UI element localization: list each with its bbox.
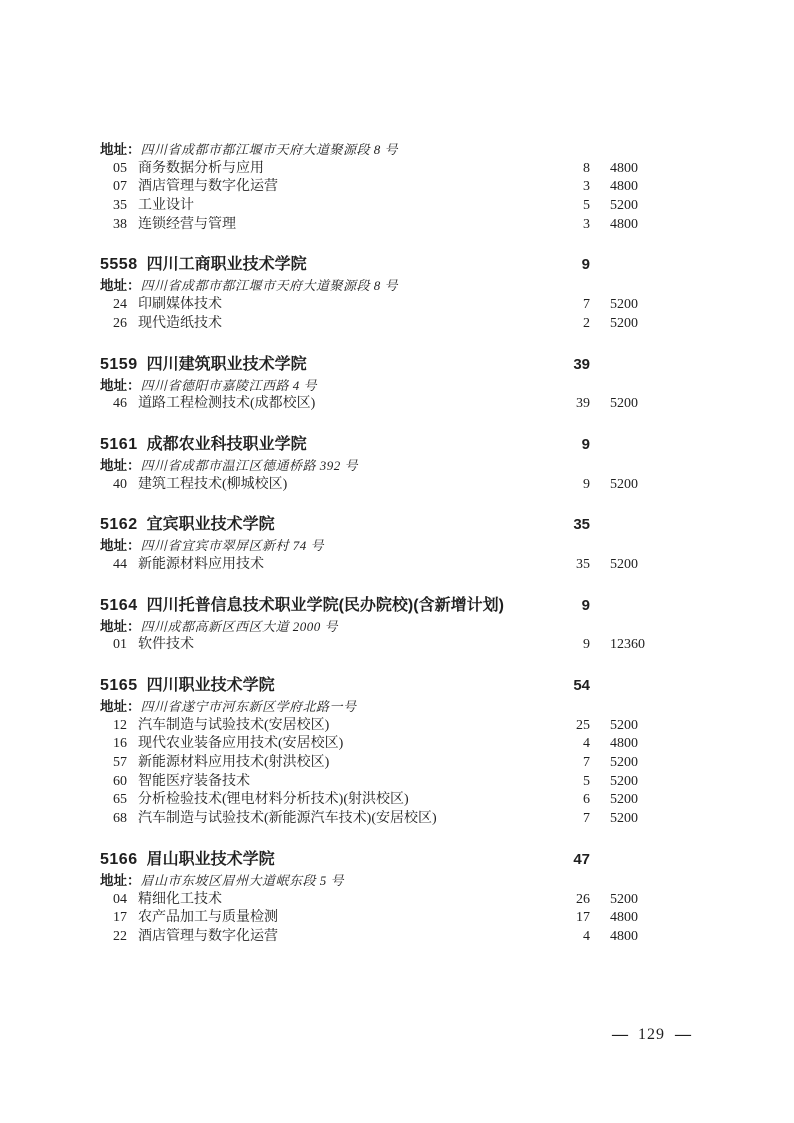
school-code: 5165 — [100, 673, 138, 698]
program-fee: 4800 — [610, 909, 653, 928]
program-fee: 5200 — [610, 754, 653, 773]
address-text: 四川省宜宾市翠屏区新村 74 号 — [141, 538, 325, 553]
program-code: 16 — [113, 735, 138, 754]
program-quota: 9 — [550, 636, 590, 655]
program-code: 40 — [113, 476, 138, 495]
school-header-row: 5161 成都农业科技职业学院 9 — [100, 432, 653, 457]
address-label: 地址： — [100, 699, 141, 714]
program-quota: 7 — [550, 810, 590, 829]
address-text: 四川成都高新区西区大道 2000 号 — [141, 619, 339, 634]
address-label: 地址： — [100, 873, 141, 888]
page-number-value: 129 — [638, 1025, 665, 1045]
program-code: 46 — [113, 395, 138, 414]
program-row: 24 印刷媒体技术 7 5200 — [100, 296, 653, 315]
program-fee: 5200 — [610, 891, 653, 910]
program-row: 04 精细化工技术 26 5200 — [100, 891, 653, 910]
program-row: 01 软件技术 9 12360 — [100, 636, 653, 655]
school-section: 5166 眉山职业技术学院 47 地址：眉山市东坡区眉州大道岷东段 5 号 04… — [100, 847, 653, 947]
school-code: 5162 — [100, 512, 138, 537]
program-fee: 5200 — [610, 296, 653, 315]
program-name: 分析检验技术(锂电材料分析技术)(射洪校区) — [138, 791, 550, 810]
school-section: 5161 成都农业科技职业学院 9 地址：四川省成都市温江区德通桥路 392 号… — [100, 432, 653, 494]
address-row: 地址：眉山市东坡区眉州大道岷东段 5 号 — [100, 872, 653, 891]
school-name: 四川职业技术学院 — [147, 673, 550, 698]
program-code: 04 — [113, 891, 138, 910]
admission-plan-list: 地址：四川省成都市都江堰市天府大道聚源段 8 号 05 商务数据分析与应用 8 … — [100, 141, 653, 947]
program-row: 44 新能源材料应用技术 35 5200 — [100, 556, 653, 575]
program-row: 46 道路工程检测技术(成都校区) 39 5200 — [100, 395, 653, 414]
program-quota: 4 — [550, 735, 590, 754]
school-total-quota: 47 — [550, 847, 590, 872]
program-fee: 4800 — [610, 928, 653, 947]
program-quota: 5 — [550, 197, 590, 216]
program-name: 现代造纸技术 — [138, 315, 550, 334]
address-text: 四川省成都市温江区德通桥路 392 号 — [141, 458, 359, 473]
program-code: 26 — [113, 315, 138, 334]
address-label: 地址： — [100, 278, 141, 293]
program-fee: 4800 — [610, 216, 653, 235]
program-quota: 6 — [550, 791, 590, 810]
program-quota: 2 — [550, 315, 590, 334]
program-name: 汽车制造与试验技术(新能源汽车技术)(安居校区) — [138, 810, 550, 829]
program-name: 智能医疗装备技术 — [138, 773, 550, 792]
program-quota: 39 — [550, 395, 590, 414]
school-name: 四川工商职业技术学院 — [147, 252, 550, 277]
program-row: 38 连锁经营与管理 3 4800 — [100, 216, 653, 235]
school-header-row: 5166 眉山职业技术学院 47 — [100, 847, 653, 872]
program-code: 17 — [113, 909, 138, 928]
address-text: 四川省成都市都江堰市天府大道聚源段 8 号 — [141, 142, 399, 157]
school-code: 5159 — [100, 352, 138, 377]
program-code: 57 — [113, 754, 138, 773]
school-code: 5164 — [100, 593, 138, 618]
school-total-quota: 9 — [550, 252, 590, 277]
program-name: 连锁经营与管理 — [138, 216, 550, 235]
program-fee: 5200 — [610, 315, 653, 334]
school-total-quota: 39 — [550, 352, 590, 377]
school-section: 5159 四川建筑职业技术学院 39 地址：四川省德阳市嘉陵江西路 4 号 46… — [100, 352, 653, 414]
school-total-quota: 9 — [550, 432, 590, 457]
program-name: 印刷媒体技术 — [138, 296, 550, 315]
school-section: 5162 宜宾职业技术学院 35 地址：四川省宜宾市翠屏区新村 74 号 44 … — [100, 512, 653, 574]
school-header-row: 5165 四川职业技术学院 54 — [100, 673, 653, 698]
school-section-continuation: 地址：四川省成都市都江堰市天府大道聚源段 8 号 05 商务数据分析与应用 8 … — [100, 141, 653, 234]
program-row: 40 建筑工程技术(柳城校区) 9 5200 — [100, 476, 653, 495]
address-label: 地址： — [100, 458, 141, 473]
program-code: 24 — [113, 296, 138, 315]
program-code: 12 — [113, 717, 138, 736]
program-code: 65 — [113, 791, 138, 810]
program-fee: 5200 — [610, 395, 653, 414]
program-fee: 4800 — [610, 160, 653, 179]
program-code: 07 — [113, 178, 138, 197]
program-code: 60 — [113, 773, 138, 792]
program-quota: 5 — [550, 773, 590, 792]
program-name: 道路工程检测技术(成都校区) — [138, 395, 550, 414]
program-quota: 25 — [550, 717, 590, 736]
program-row: 60 智能医疗装备技术 5 5200 — [100, 773, 653, 792]
program-name: 酒店管理与数字化运营 — [138, 928, 550, 947]
program-code: 68 — [113, 810, 138, 829]
school-name: 宜宾职业技术学院 — [147, 512, 550, 537]
document-page: 地址：四川省成都市都江堰市天府大道聚源段 8 号 05 商务数据分析与应用 8 … — [0, 0, 794, 1123]
program-fee: 4800 — [610, 735, 653, 754]
program-fee: 5200 — [610, 791, 653, 810]
program-row: 26 现代造纸技术 2 5200 — [100, 315, 653, 334]
program-name: 酒店管理与数字化运营 — [138, 178, 550, 197]
school-total-quota: 54 — [550, 673, 590, 698]
school-header-row: 5164 四川托普信息技术职业学院(民办院校)(含新增计划) 9 — [100, 593, 653, 618]
address-row: 地址：四川省成都市都江堰市天府大道聚源段 8 号 — [100, 277, 653, 296]
program-row: 68 汽车制造与试验技术(新能源汽车技术)(安居校区) 7 5200 — [100, 810, 653, 829]
program-fee: 5200 — [610, 197, 653, 216]
address-row: 地址：四川省遂宁市河东新区学府北路一号 — [100, 698, 653, 717]
program-quota: 9 — [550, 476, 590, 495]
program-row: 57 新能源材料应用技术(射洪校区) 7 5200 — [100, 754, 653, 773]
program-name: 现代农业装备应用技术(安居校区) — [138, 735, 550, 754]
program-quota: 3 — [550, 178, 590, 197]
program-row: 35 工业设计 5 5200 — [100, 197, 653, 216]
school-code: 5558 — [100, 252, 138, 277]
program-fee: 5200 — [610, 556, 653, 575]
program-code: 38 — [113, 216, 138, 235]
program-name: 汽车制造与试验技术(安居校区) — [138, 717, 550, 736]
address-text: 眉山市东坡区眉州大道岷东段 5 号 — [141, 873, 345, 888]
program-name: 新能源材料应用技术(射洪校区) — [138, 754, 550, 773]
program-fee: 5200 — [610, 717, 653, 736]
program-name: 精细化工技术 — [138, 891, 550, 910]
school-total-quota: 35 — [550, 512, 590, 537]
address-row: 地址：四川省宜宾市翠屏区新村 74 号 — [100, 537, 653, 556]
school-header-row: 5159 四川建筑职业技术学院 39 — [100, 352, 653, 377]
program-name: 商务数据分析与应用 — [138, 160, 550, 179]
program-fee: 12360 — [610, 636, 653, 655]
program-row: 07 酒店管理与数字化运营 3 4800 — [100, 178, 653, 197]
page-number-right-dash: — — [675, 1025, 691, 1045]
program-row: 65 分析检验技术(锂电材料分析技术)(射洪校区) 6 5200 — [100, 791, 653, 810]
program-code: 44 — [113, 556, 138, 575]
address-label: 地址： — [100, 538, 141, 553]
school-name: 成都农业科技职业学院 — [147, 432, 550, 457]
school-code: 5166 — [100, 847, 138, 872]
program-row: 12 汽车制造与试验技术(安居校区) 25 5200 — [100, 717, 653, 736]
program-row: 17 农产品加工与质量检测 17 4800 — [100, 909, 653, 928]
program-name: 农产品加工与质量检测 — [138, 909, 550, 928]
school-name: 四川托普信息技术职业学院(民办院校)(含新增计划) — [147, 593, 550, 618]
address-label: 地址： — [100, 378, 141, 393]
school-total-quota: 9 — [550, 593, 590, 618]
school-header-row: 5558 四川工商职业技术学院 9 — [100, 252, 653, 277]
school-name: 眉山职业技术学院 — [147, 847, 550, 872]
program-fee: 5200 — [610, 476, 653, 495]
program-quota: 3 — [550, 216, 590, 235]
address-text: 四川省德阳市嘉陵江西路 4 号 — [141, 378, 318, 393]
program-quota: 35 — [550, 556, 590, 575]
program-fee: 4800 — [610, 178, 653, 197]
program-quota: 4 — [550, 928, 590, 947]
program-quota: 17 — [550, 909, 590, 928]
program-name: 软件技术 — [138, 636, 550, 655]
address-text: 四川省遂宁市河东新区学府北路一号 — [141, 699, 357, 714]
school-code: 5161 — [100, 432, 138, 457]
address-label: 地址： — [100, 142, 141, 157]
school-header-row: 5162 宜宾职业技术学院 35 — [100, 512, 653, 537]
page-number-left-dash: — — [612, 1025, 628, 1045]
school-section: 5164 四川托普信息技术职业学院(民办院校)(含新增计划) 9 地址：四川成都… — [100, 593, 653, 655]
program-code: 05 — [113, 160, 138, 179]
program-code: 35 — [113, 197, 138, 216]
program-name: 新能源材料应用技术 — [138, 556, 550, 575]
program-quota: 7 — [550, 754, 590, 773]
program-code: 01 — [113, 636, 138, 655]
program-quota: 7 — [550, 296, 590, 315]
address-text: 四川省成都市都江堰市天府大道聚源段 8 号 — [141, 278, 399, 293]
program-quota: 8 — [550, 160, 590, 179]
address-row: 地址：四川省成都市都江堰市天府大道聚源段 8 号 — [100, 141, 653, 160]
program-fee: 5200 — [610, 773, 653, 792]
address-label: 地址： — [100, 619, 141, 634]
school-name: 四川建筑职业技术学院 — [147, 352, 550, 377]
page-number: — 129 — — [612, 1025, 691, 1045]
address-row: 地址：四川成都高新区西区大道 2000 号 — [100, 618, 653, 637]
program-row: 05 商务数据分析与应用 8 4800 — [100, 160, 653, 179]
program-row: 16 现代农业装备应用技术(安居校区) 4 4800 — [100, 735, 653, 754]
program-name: 工业设计 — [138, 197, 550, 216]
program-fee: 5200 — [610, 810, 653, 829]
address-row: 地址：四川省德阳市嘉陵江西路 4 号 — [100, 377, 653, 396]
program-row: 22 酒店管理与数字化运营 4 4800 — [100, 928, 653, 947]
school-section: 5165 四川职业技术学院 54 地址：四川省遂宁市河东新区学府北路一号 12 … — [100, 673, 653, 829]
program-quota: 26 — [550, 891, 590, 910]
school-section: 5558 四川工商职业技术学院 9 地址：四川省成都市都江堰市天府大道聚源段 8… — [100, 252, 653, 333]
program-name: 建筑工程技术(柳城校区) — [138, 476, 550, 495]
program-code: 22 — [113, 928, 138, 947]
address-row: 地址：四川省成都市温江区德通桥路 392 号 — [100, 457, 653, 476]
